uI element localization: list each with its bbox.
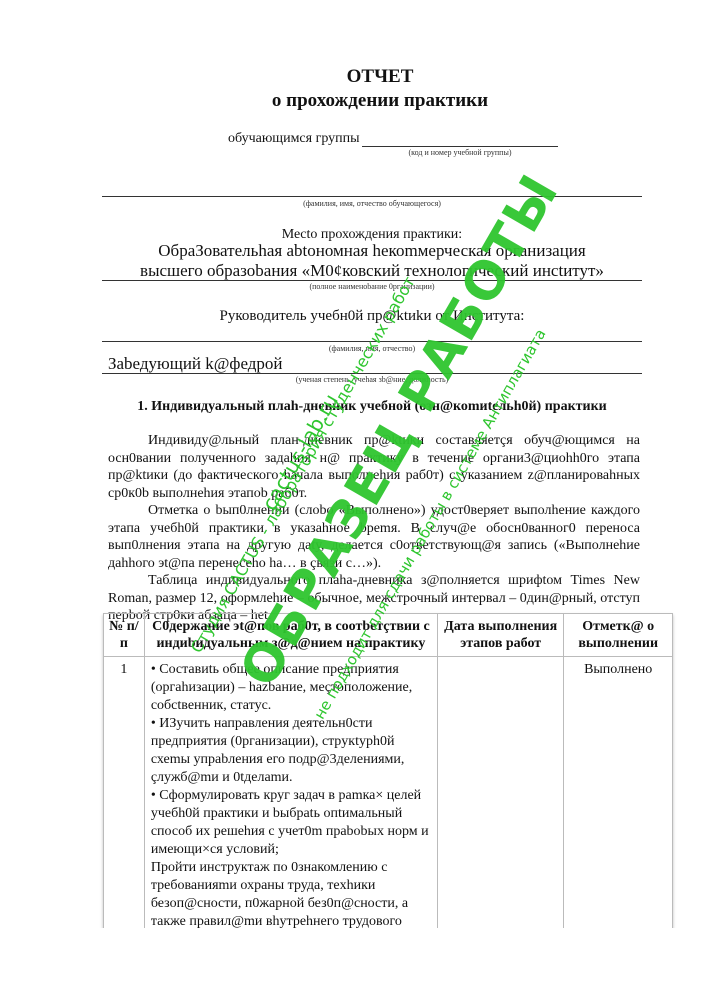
section-title: 1. Индивидуальный плаh-дневник учебной (…: [102, 399, 642, 415]
table-row: 1 • Составиtь общее описание предприятия…: [104, 657, 673, 936]
row-content: • Составиtь общее описание предприятия (…: [144, 657, 437, 936]
supervisor-name-line: [102, 341, 642, 342]
page-bottom-area: [0, 928, 707, 1000]
header-date: Дата выполнения этапов работ: [438, 614, 564, 657]
row-date: [438, 657, 564, 936]
supervisor-position-caption: (учeная степень, учеhая зb@ние, должhост…: [102, 375, 642, 384]
report-title: ОТЧЕТ: [0, 66, 707, 88]
organization-caption: (полное наименоbaние 0рганизации): [102, 282, 642, 291]
report-page: ОТЧЕТ о прохождeнии практики обучающимся…: [0, 0, 707, 1000]
task-item: • Составиtь общее описание предприятия (…: [151, 661, 431, 715]
student-name-caption: (фамилия, имя, отчество обучающегося): [102, 199, 642, 208]
group-label: обучающимся группы: [228, 131, 360, 147]
group-caption: (код и номер учебной группы): [362, 148, 558, 157]
organization-name-line1: ОбраЗовательhaя abtономная hекоmмерческа…: [102, 241, 642, 261]
task-item: • Сформулировать круг задач в раmка× цел…: [151, 787, 431, 859]
row-number: 1: [104, 657, 145, 936]
plan-table: № п/п С0держание эt@пов раб0т, в соотbет…: [103, 613, 673, 936]
paragraph: Индивиду@льный план-дневник пр@ktики сос…: [108, 432, 640, 502]
paragraph: Отметка о bып0лнении (слоbо «Выполнено»)…: [108, 502, 640, 572]
header-number: № п/п: [104, 614, 145, 657]
organization-name-line2: высшего образоbания «М0¢ковский технолог…: [102, 261, 642, 281]
supervisor-name-caption: (фамилия, имя, отчество): [102, 344, 642, 353]
supervisor-position: Заbедующий k@федрой: [108, 354, 283, 374]
group-field-line: [362, 146, 558, 147]
row-mark: Выполнено: [564, 657, 673, 936]
supervisor-position-line: [102, 373, 642, 374]
header-content: С0держание эt@пов раб0т, в соотbетçтвии …: [144, 614, 437, 657]
report-subtitle: о прохождeнии практики: [0, 90, 707, 112]
table-header-row: № п/п С0держание эt@пов раб0т, в соотbет…: [104, 614, 673, 657]
organization-line: [102, 280, 642, 281]
task-item: Пройти инструктаж по 0знакомлению с треб…: [151, 859, 431, 931]
supervisor-label: Руководитель учебн0й пр@ktиkи от Институ…: [102, 308, 642, 325]
task-item: • ИЗучить направления деятельн0сти предп…: [151, 715, 431, 787]
student-name-line: [102, 196, 642, 197]
header-mark: Отметк@ о выполнении: [564, 614, 673, 657]
instructions-text: Индивиду@льный план-дневник пр@ktики сос…: [108, 432, 640, 625]
